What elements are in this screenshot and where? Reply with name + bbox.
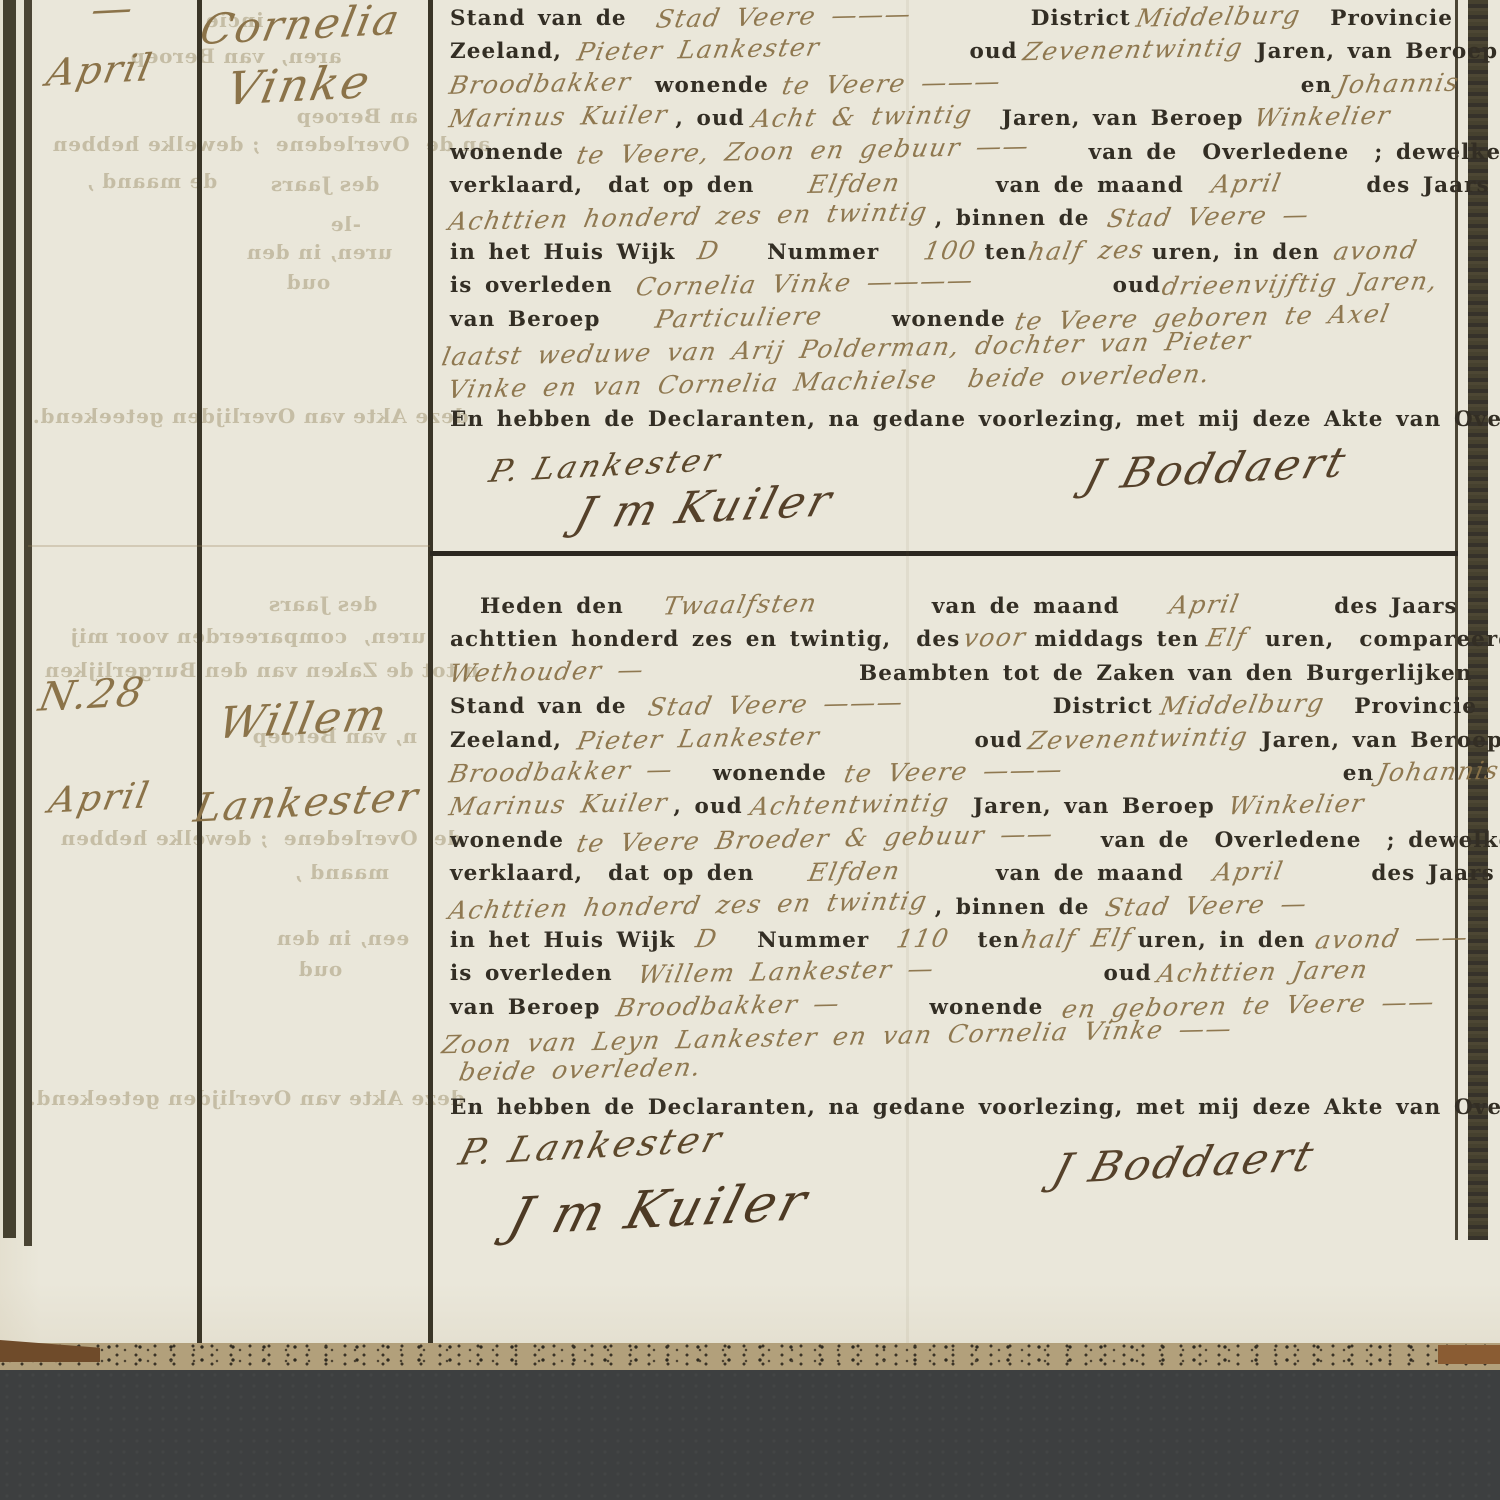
- scanner-background: [0, 1370, 1500, 1500]
- printed-form-text: oud: [1113, 269, 1161, 302]
- handwritten-entry: Stad Veere —: [1105, 202, 1312, 231]
- document-line: Stand van deStad Veere ———DistrictMiddel…: [450, 690, 1460, 723]
- handwritten-entry: Middelburg: [1158, 690, 1327, 718]
- handwritten-entry: April: [1167, 591, 1242, 617]
- margin-column-divider-2: [428, 0, 433, 1343]
- handwritten-entry: Elfden: [807, 858, 904, 885]
- printed-form-text: Nummer: [757, 924, 869, 957]
- handwritten-entry: Achttien honderd zes en twintig: [447, 888, 931, 923]
- printed-form-text: uren, compareerden voor mij: [1265, 623, 1500, 656]
- handwritten-entry: Achttien honderd zes en twintig: [447, 199, 931, 234]
- printed-form-text: verklaard, dat op den: [450, 169, 754, 202]
- document-line: Achttien honderd zes en twintig, binnen …: [450, 891, 1460, 924]
- handwritten-entry: April: [1209, 170, 1284, 196]
- handwritten-entry: Marinus Kuiler: [447, 790, 670, 820]
- printed-form-text: Zeeland,: [450, 724, 562, 757]
- printed-form-text: achttien honderd zes en twintig, des: [450, 623, 960, 656]
- document-line: En hebben de Declaranten, na gedane voor…: [450, 403, 1460, 436]
- document-line: wonendete Veere, Zoon en gebuur ——van de…: [450, 136, 1460, 169]
- document-line: is overledenCornelia Vinke ————ouddrieen…: [450, 269, 1460, 302]
- handwritten-entry: Cornelia Vinke ————: [634, 268, 976, 300]
- printed-form-text: Jaren, van Beroep: [1002, 102, 1244, 135]
- document-line: Zeeland,Pieter LankesteroudZevenentwinti…: [450, 724, 1460, 757]
- document-line: Vinke en van Cornelia Machielse beide ov…: [450, 369, 1460, 402]
- handwritten-entry: Pieter Lankester: [575, 35, 822, 65]
- document-line: Marinus Kuiler, oudAchtentwintigJaren, v…: [450, 790, 1460, 823]
- printed-form-text: , binnen de: [935, 891, 1090, 924]
- document-line: Achttien honderd zes en twintig, binnen …: [450, 202, 1460, 235]
- register-page-paper: inciearen, van Beroepan Beroepan de Over…: [0, 0, 1500, 1343]
- document-line: is overledenWillem Lankester —oudAchttie…: [450, 957, 1460, 990]
- handwritten-entry: Broodbakker —: [447, 757, 676, 787]
- printed-form-text: wonende: [655, 69, 769, 102]
- margin-given-name-record2: Willem: [214, 690, 392, 750]
- record2-body: Heden denTwaalfstenvan de maandAprildes …: [450, 590, 1460, 1124]
- handwritten-entry: half Elf: [1019, 925, 1134, 952]
- printed-form-text: middags ten: [1035, 623, 1200, 656]
- handwritten-entry: April: [1211, 858, 1286, 884]
- printed-form-text: En hebben de Declaranten, na gedane voor…: [450, 403, 1500, 436]
- handwritten-entry: Winkelier: [1226, 791, 1367, 819]
- document-line: Broodbakkerwonendete Veere ———enJohannis: [450, 69, 1460, 102]
- printed-form-text: van de Overledene ; dewelke hebben: [1089, 136, 1500, 169]
- handwritten-entry: Particuliere: [653, 303, 825, 331]
- book-cover-edge-right: [1438, 1345, 1500, 1364]
- margin-surname-record1: Vinke: [222, 54, 376, 115]
- printed-form-text: en: [1343, 757, 1374, 790]
- handwritten-entry: D: [695, 238, 721, 263]
- printed-form-text: van de maand: [932, 590, 1120, 623]
- book-page-edge-speckled: [0, 1343, 1500, 1370]
- printed-form-text: verklaard, dat op den: [450, 857, 754, 890]
- printed-form-text: in het Huis Wijk: [450, 236, 676, 269]
- printed-form-text: wonende: [713, 757, 827, 790]
- document-line: Heden denTwaalfstenvan de maandAprildes …: [450, 590, 1460, 623]
- handwritten-entry: Elf: [1205, 625, 1250, 651]
- handwritten-entry: 100: [922, 237, 979, 263]
- document-line: verklaard, dat op denElfdenvan de maandA…: [450, 857, 1460, 890]
- handwritten-entry: Willem Lankester —: [636, 956, 937, 987]
- document-line: wonendete Veere Broeder & gebuur ——van d…: [450, 824, 1460, 857]
- printed-form-text: van de maand: [996, 169, 1184, 202]
- binding-rule-outer: [3, 0, 16, 1238]
- handwritten-entry: Zevenentwintig: [1021, 35, 1245, 65]
- printed-form-text: , oud: [673, 790, 742, 823]
- document-line: achttien honderd zes en twintig, desvoor…: [450, 623, 1460, 656]
- record1-body: Stand van deStad Veere ———DistrictMiddel…: [450, 2, 1460, 436]
- document-line: beide overleden.: [450, 1057, 1460, 1090]
- printed-form-text: , binnen de: [935, 202, 1090, 235]
- handwritten-entry: Pieter Lankester: [575, 723, 822, 753]
- document-line: Stand van deStad Veere ———DistrictMiddel…: [450, 2, 1460, 35]
- printed-form-text: District: [1053, 690, 1153, 723]
- printed-form-text: , oud: [675, 102, 744, 135]
- bleedthrough-text: maand ,: [294, 860, 389, 884]
- printed-form-text: is overleden: [450, 957, 613, 990]
- printed-form-text: Stand van de: [450, 690, 627, 723]
- handwritten-entry: te Veere Broeder & gebuur ——: [575, 821, 1057, 856]
- printed-form-text: Nummer: [767, 236, 879, 269]
- document-line: Zeeland,Pieter LankesteroudZevenentwinti…: [450, 35, 1460, 68]
- handwritten-entry: Stad Veere —: [1103, 890, 1310, 919]
- printed-form-text: des Jaars: [1371, 857, 1494, 890]
- handwritten-entry: Marinus Kuiler: [447, 102, 670, 132]
- printed-form-text: des Jaars: [1366, 169, 1489, 202]
- bleedthrough-text: deze Akte van Overlijden geteekend.: [32, 404, 469, 428]
- printed-form-text: En hebben de Declaranten, na gedane voor…: [450, 1091, 1500, 1124]
- handwritten-entry: avond: [1331, 237, 1420, 264]
- binding-rule-inner: [24, 0, 32, 1246]
- document-line: Wethouder —Beambten tot de Zaken van den…: [450, 657, 1460, 690]
- handwritten-entry: Johannis: [1376, 758, 1500, 786]
- printed-form-text: ten: [985, 236, 1027, 269]
- margin-month-record2: April: [45, 775, 154, 821]
- document-line: verklaard, dat op denElfdenvan de maandA…: [450, 169, 1460, 202]
- handwritten-entry: Wethouder —: [447, 657, 647, 686]
- handwritten-entry: Zevenentwintig: [1026, 723, 1250, 753]
- bleedthrough-text: de Overledene ; dewelke hebben: [60, 826, 461, 850]
- printed-form-text: ten: [978, 924, 1020, 957]
- printed-form-text: wonende: [450, 824, 564, 857]
- document-line: in het Huis WijkDNummer110tenhalf Elfure…: [450, 924, 1460, 957]
- printed-form-text: Zeeland,: [450, 35, 562, 68]
- printed-form-text: in het Huis Wijk: [450, 924, 676, 957]
- handwritten-entry: Achttien Jaren: [1155, 957, 1371, 986]
- bleedthrough-text: an de Overledene ; dewelke hebben: [52, 132, 490, 156]
- printed-form-text: Provincie: [1354, 690, 1477, 723]
- printed-form-text: Jaren, van Beroep: [973, 790, 1215, 823]
- bleedthrough-text: des Jaars: [268, 592, 377, 616]
- document-line: in het Huis WijkDNummer100tenhalf zesure…: [450, 236, 1460, 269]
- handwritten-entry: avond ——: [1313, 924, 1471, 952]
- document-line: Broodbakker —wonendete Veere ———enJohann…: [450, 757, 1460, 790]
- bleedthrough-text: een, in den: [276, 926, 409, 950]
- document-line: Zoon van Leyn Lankester en van Cornelia …: [450, 1024, 1460, 1057]
- handwritten-entry: Twaalfsten: [661, 590, 819, 618]
- bleedthrough-text: uren, compareerden voor mij: [70, 624, 426, 648]
- record-divider-rule: [430, 551, 1458, 556]
- printed-form-text: Beambten tot de Zaken van den Burgerlijk…: [859, 657, 1473, 690]
- handwritten-entry: drieenvijftig Jaren,: [1160, 268, 1440, 299]
- handwritten-entry: Acht & twintig: [750, 102, 975, 132]
- printed-form-text: van Beroep: [450, 991, 601, 1024]
- printed-form-text: District: [1031, 2, 1131, 35]
- handwritten-entry: Elfden: [807, 170, 904, 197]
- handwritten-entry: Middelburg: [1134, 2, 1303, 30]
- printed-form-text: oud: [1104, 957, 1152, 990]
- document-line: En hebben de Declaranten, na gedane voor…: [450, 1091, 1460, 1124]
- margin-crease-line: [28, 545, 430, 547]
- printed-form-text: Jaren, van Beroep: [1261, 724, 1500, 757]
- printed-form-text: uren, in den: [1152, 236, 1320, 269]
- bleedthrough-text: uren, in den: [246, 240, 392, 264]
- printed-form-text: Provincie: [1330, 2, 1453, 35]
- printed-form-text: oud: [969, 35, 1017, 68]
- handwritten-entry: Broodbakker: [447, 69, 633, 98]
- handwritten-entry: voor: [962, 625, 1029, 651]
- handwritten-entry: Johannis: [1336, 70, 1462, 98]
- margin-act-number-record2: N.28: [35, 669, 149, 720]
- handwritten-entry: Broodbakker —: [614, 990, 843, 1020]
- handwritten-entry: Stad Veere ———: [646, 690, 906, 720]
- handwritten-entry: te Veere, Zoon en gebuur ——: [575, 133, 1032, 167]
- handwritten-entry: te Veere ———: [780, 69, 1004, 99]
- printed-form-text: des Jaars: [1334, 590, 1457, 623]
- printed-form-text: Heden den: [480, 590, 624, 623]
- bleedthrough-text: deze Akte van Overlijden geteekend.: [28, 1086, 465, 1110]
- margin-column-divider-1: [197, 0, 202, 1343]
- printed-form-text: is overleden: [450, 269, 613, 302]
- handwritten-entry: beide overleden.: [457, 1055, 704, 1085]
- printed-form-text: wonende: [450, 136, 564, 169]
- printed-form-text: Jaren, van Beroep: [1256, 35, 1498, 68]
- printed-form-text: oud: [974, 724, 1022, 757]
- handwritten-entry: Winkelier: [1253, 103, 1394, 131]
- printed-form-text: uren, in den: [1138, 924, 1306, 957]
- death-register-scan: inciearen, van Beroepan Beroepan de Over…: [0, 0, 1500, 1500]
- handwritten-entry: 110: [895, 925, 952, 951]
- printed-form-text: van Beroep: [450, 303, 601, 336]
- handwritten-entry: half zes: [1026, 237, 1146, 264]
- bleedthrough-text: -le: [330, 212, 361, 236]
- handwritten-entry: te Veere ———: [842, 757, 1066, 787]
- printed-form-text: van de maand: [996, 857, 1184, 890]
- handwritten-entry: Achtentwintig: [748, 790, 952, 819]
- printed-form-text: Stand van de: [450, 2, 627, 35]
- printed-form-text: van de Overledene ; dewelke hebben: [1101, 824, 1500, 857]
- bleedthrough-text: oud: [298, 957, 342, 981]
- document-line: Marinus Kuiler, oudAcht & twintigJaren, …: [450, 102, 1460, 135]
- margin-month-record1: April: [43, 45, 157, 94]
- handwritten-entry: D: [693, 926, 719, 951]
- bleedthrough-text: oud: [286, 270, 330, 294]
- printed-form-text: en: [1301, 69, 1332, 102]
- handwritten-entry: Stad Veere ———: [654, 1, 914, 31]
- bleedthrough-text: des Jaars: [270, 172, 379, 196]
